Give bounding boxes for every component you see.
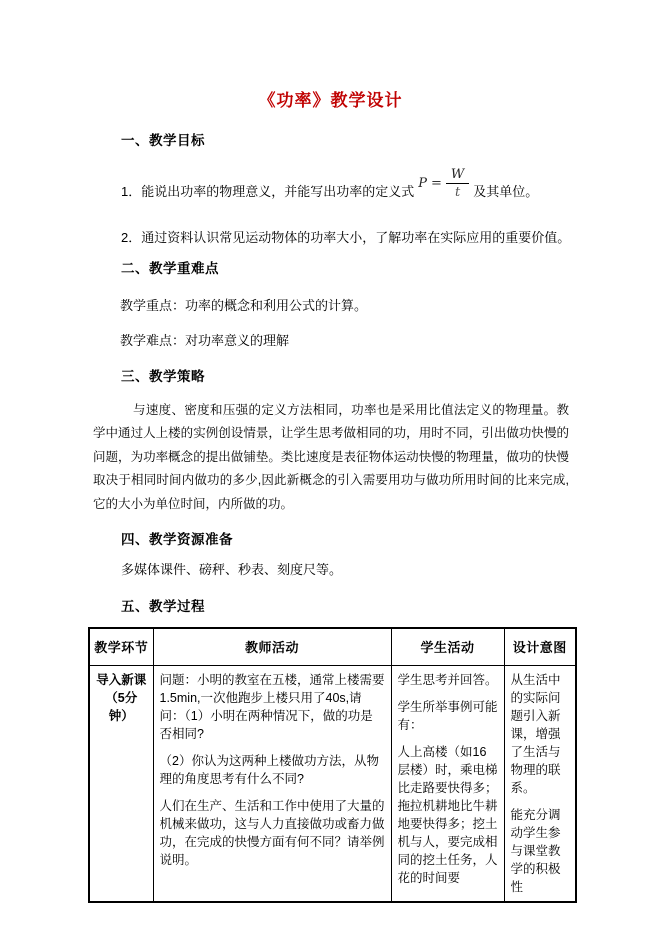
teaching-process-table: 教学环节 教师活动 学生活动 设计意图 导入新课（5分钟） 问题：小明的教室在五…	[88, 627, 577, 903]
formula-fraction: Wt	[446, 167, 469, 200]
header-teaching-stage: 教学环节	[89, 628, 153, 665]
power-formula: P=Wt	[418, 167, 469, 200]
header-teacher-activity: 教师活动	[153, 628, 391, 665]
formula-numerator: W	[446, 167, 469, 184]
heading-teaching-strategy: 三、教学策略	[121, 365, 205, 385]
teacher-paragraph-3: 人们在生产、生活和工作中使用了大量的机械来做功，这与人力直接做功或畜力做功，在完…	[160, 797, 385, 869]
cell-stage: 导入新课（5分钟）	[89, 665, 153, 902]
table-row: 导入新课（5分钟） 问题：小明的教室在五楼，通常上楼需要1.5min,一次他跑步…	[89, 665, 576, 902]
document-page: 《功率》教学设计 一、教学目标 1．能说出功率的物理意义，并能写出功率的定义式P…	[0, 0, 661, 935]
resources-line: 多媒体课件、磅秤、秒表、刻度尺等。	[121, 560, 591, 580]
teacher-paragraph-1: 问题：小明的教室在五楼，通常上楼需要1.5min,一次他跑步上楼只用了40s,请…	[160, 671, 385, 743]
table-header-row: 教学环节 教师活动 学生活动 设计意图	[89, 628, 576, 665]
cell-design-intent: 从生活中的实际问题引入新课，增强了生活与物理的联系。 能充分调动学生参与课堂教学…	[504, 665, 576, 902]
document-title: 《功率》教学设计	[0, 86, 661, 111]
heading-teaching-resources: 四、教学资源准备	[121, 528, 233, 548]
strategy-paragraph: 与速度、密度和压强的定义方法相同，功率也是采用比值法定义的物理量。教学中通过人上…	[93, 399, 569, 516]
student-paragraph-1: 学生思考并回答。	[398, 671, 498, 689]
formula-equals: =	[431, 174, 442, 194]
intent-paragraph-2: 能充分调动学生参与课堂教学的积极性	[511, 806, 570, 896]
heading-teaching-process: 五、教学过程	[121, 595, 205, 615]
objective-item-2: 2．通过资料认识常见运动物体的功率大小，了解功率在实际应用的重要价值。	[121, 228, 591, 248]
cell-teacher-activity: 问题：小明的教室在五楼，通常上楼需要1.5min,一次他跑步上楼只用了40s,请…	[153, 665, 391, 902]
objective-1-text-post: 及其单位。	[473, 184, 538, 199]
heading-key-difficult-points: 二、教学重难点	[121, 257, 219, 277]
header-student-activity: 学生活动	[391, 628, 504, 665]
key-point-line: 教学重点：功率的概念和利用公式的计算。	[120, 296, 590, 316]
header-design-intent: 设计意图	[504, 628, 576, 665]
intent-paragraph-1: 从生活中的实际问题引入新课，增强了生活与物理的联系。	[511, 671, 570, 797]
difficult-point-line: 教学难点：对功率意义的理解	[120, 331, 590, 351]
formula-denominator: t	[455, 184, 460, 200]
objective-1-text-pre: 1．能说出功率的物理意义，并能写出功率的定义式	[121, 184, 414, 199]
teacher-paragraph-2: （2）你认为这两种上楼做功方法，从物理的角度思考有什么不同?	[160, 752, 385, 788]
cell-student-activity: 学生思考并回答。 学生所举事例可能有： 人上高楼（如16层楼）时，乘电梯比走路要…	[391, 665, 504, 902]
formula-lhs: P	[418, 174, 427, 194]
heading-teaching-objectives: 一、教学目标	[121, 129, 205, 149]
objective-item-1: 1．能说出功率的物理意义，并能写出功率的定义式P=Wt及其单位。	[121, 176, 591, 209]
student-paragraph-2: 学生所举事例可能有：	[398, 698, 498, 734]
student-paragraph-3: 人上高楼（如16层楼）时，乘电梯比走路要快得多；拖拉机耕地比牛耕地要快得多；挖土…	[398, 743, 498, 887]
